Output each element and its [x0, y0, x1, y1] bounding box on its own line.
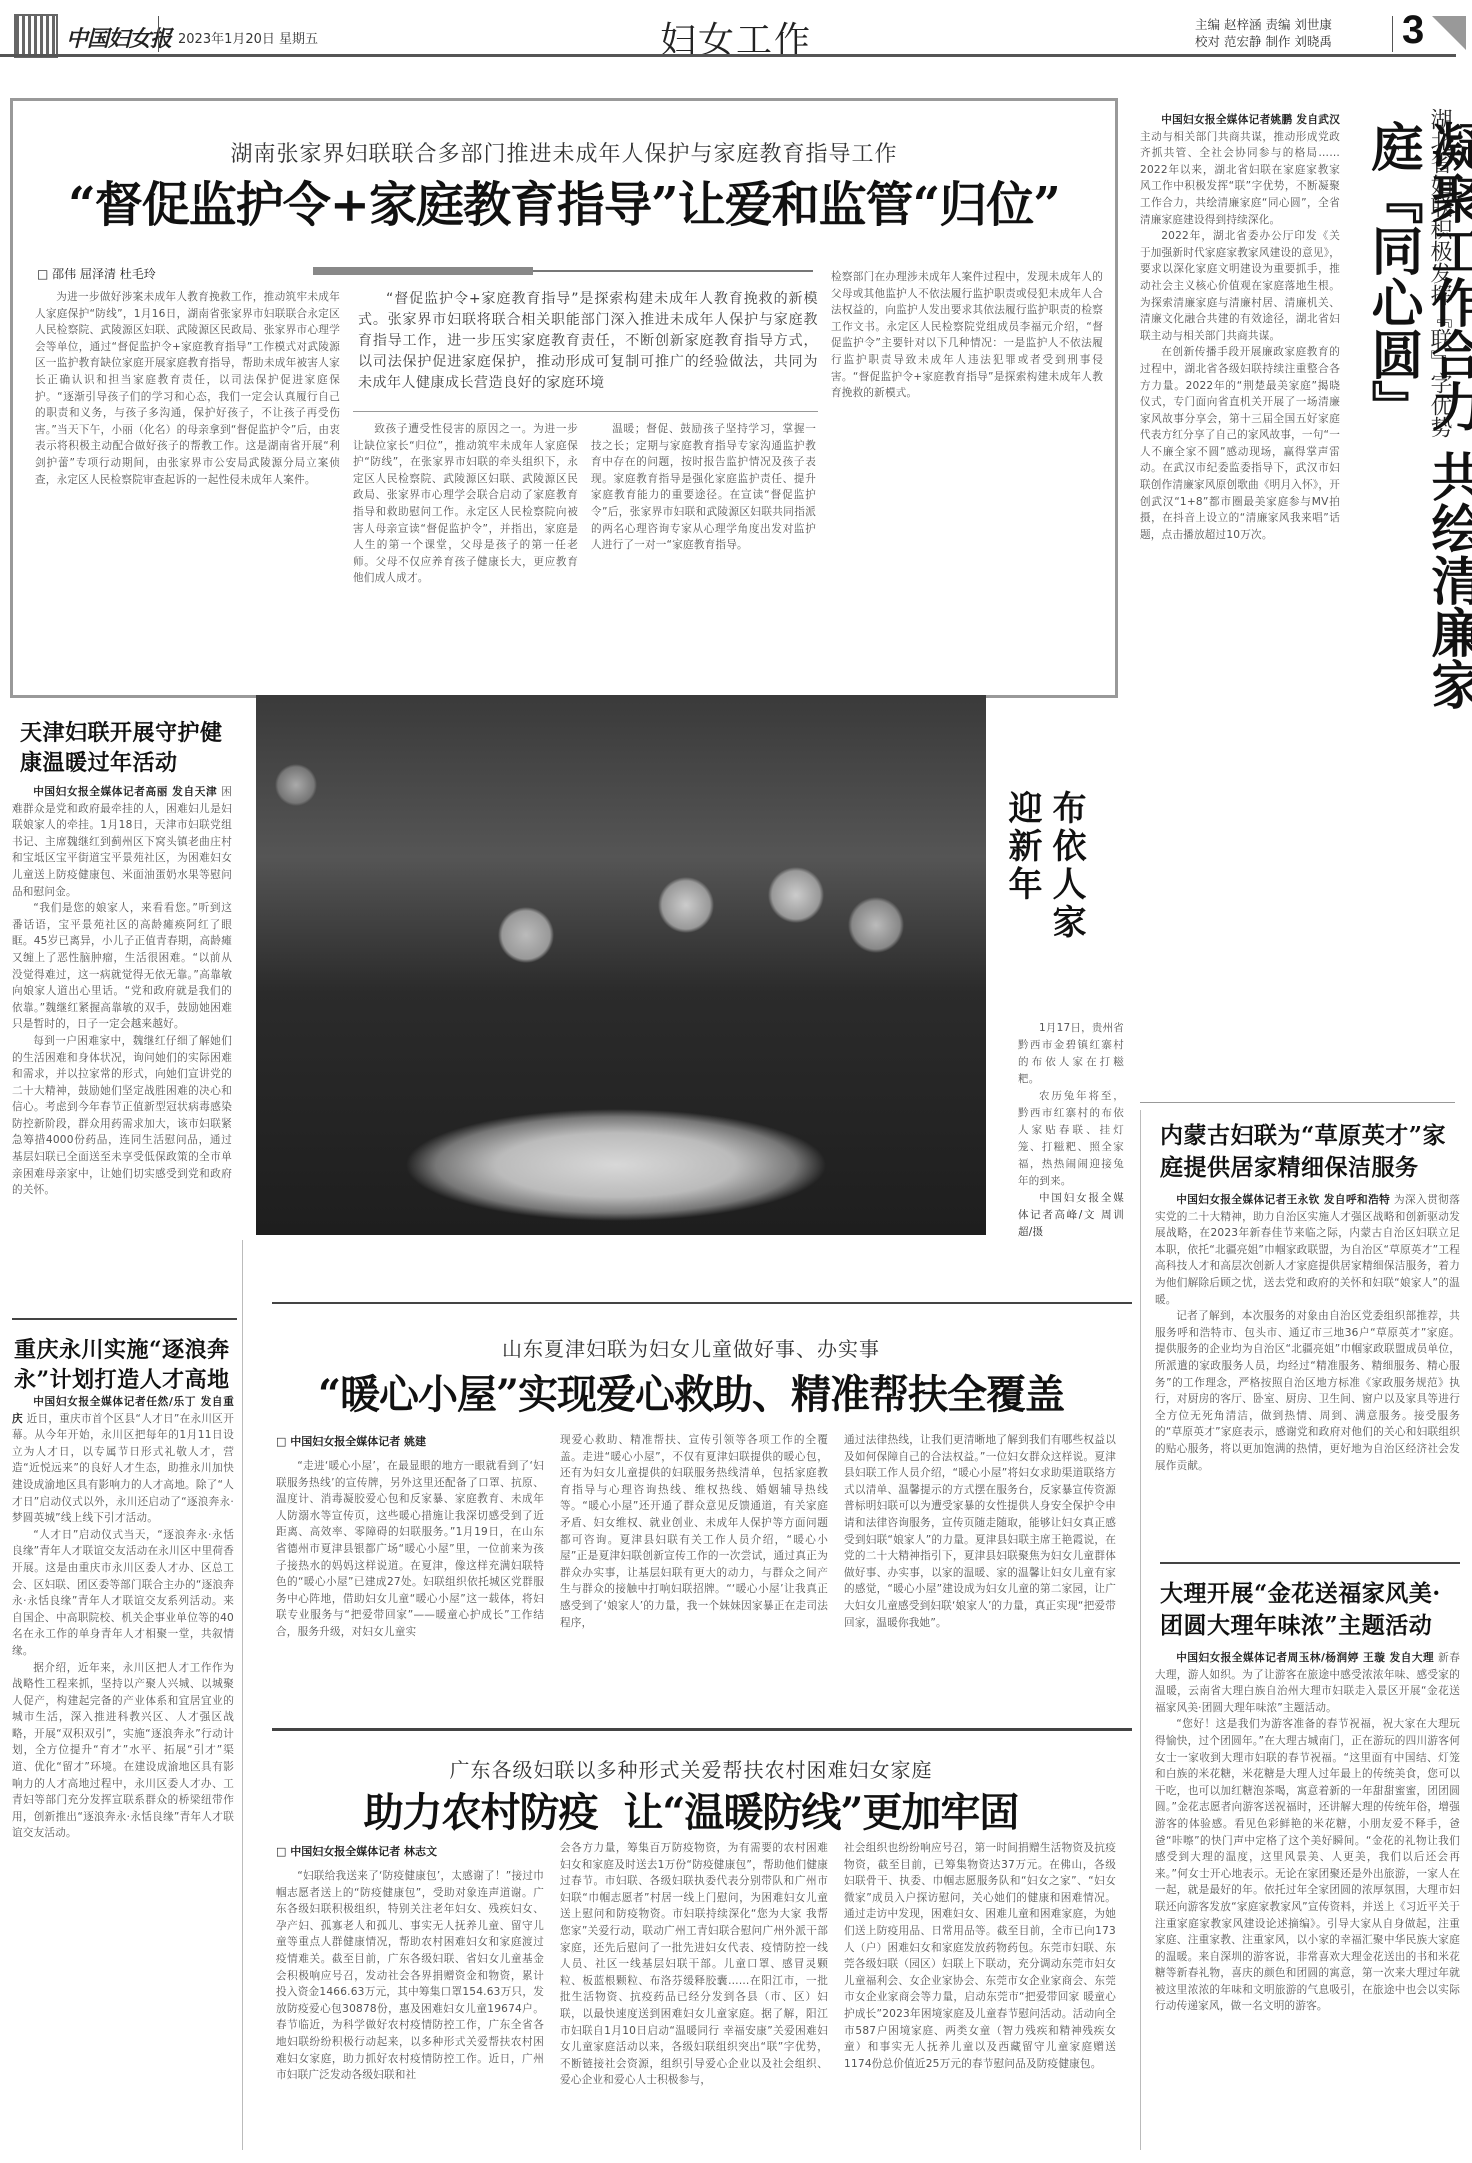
shandong-column-3: 通过法律热线，让我们更清晰地了解到我们有哪些权益以及如何保障自己的合法权益。”一… — [844, 1432, 1116, 1698]
masthead-rule — [0, 54, 1456, 57]
divider — [272, 1302, 1132, 1304]
shandong-kicker: 山东夏津妇联为妇女儿童做好事、办实事 — [256, 1333, 1126, 1362]
decorative-bar — [313, 267, 533, 275]
news-photo-buyi-family — [256, 695, 986, 1235]
divider — [272, 1728, 1132, 1731]
column-rule — [242, 1240, 243, 2150]
hubei-headline: 凝聚工作合力 共绘清廉家庭『同心圆』 — [1362, 120, 1472, 760]
corner-triangle-icon — [1432, 16, 1466, 50]
lead-headline: “督促监护令+家庭教育指导”让爱和监管“归位” — [13, 173, 1115, 237]
lead-column-2: 致孩子遭受性侵害的原因之一。为进一步让缺位家长“归位”，推动筑牢未成年人家庭保护… — [353, 421, 578, 691]
guangdong-headline: 助力农村防疫 让“温暖防线”更加牢固 — [256, 1786, 1126, 1840]
column-rule — [1140, 1110, 1141, 2150]
lead-kicker: 湖南张家界妇联联合多部门推进未成年人保护与家庭教育指导工作 — [13, 137, 1115, 168]
staff-line: 主编 赵梓涵 责编 刘世康 — [1195, 16, 1332, 33]
chongqing-headline: 重庆永川实施“逐浪奔永”计划打造人才高地 — [14, 1335, 234, 1395]
staff-line: 校对 范宏静 制作 刘晓禹 — [1195, 33, 1332, 50]
chongqing-article-body: 中国妇女报全媒体记者任然/乐丁 发自重庆 近日，重庆市首个区县“人才日”在永川区… — [12, 1394, 234, 2154]
guangdong-column-3: 社会组织也纷纷响应号召，第一时间捐赠生活物资及抗疫物资，截至目前，已筹集物资达3… — [844, 1840, 1116, 2158]
divider — [1160, 1562, 1460, 1564]
lead-article: 湖南张家界妇联联合多部门推进未成年人保护与家庭教育指导工作 “督促监护令+家庭教… — [10, 98, 1118, 698]
lead-summary: “督促监护令+家庭教育指导”是探索构建未成年人教育挽救的新模式。张家界市妇联将联… — [358, 289, 818, 394]
qr-code-icon — [14, 14, 58, 58]
guangdong-byline: □ 中国妇女报全媒体记者 林志文 — [276, 1843, 437, 1859]
tianjin-headline: 天津妇联开展守护健康温暖过年活动 — [20, 718, 230, 778]
tianjin-article-body: 中国妇女报全媒体记者高丽 发自天津 困难群众是党和政府最牵挂的人，困难妇儿是妇联… — [12, 784, 232, 1264]
photo-title: 布依人家 迎新年 — [1000, 790, 1088, 1010]
shandong-headline: “暖心小屋”实现爱心救助、精准帮扶全覆盖 — [256, 1368, 1126, 1422]
dali-article-body: 中国妇女报全媒体记者周玉林/杨润婷 王璇 发自大理 新春大理，游人如织。为了让游… — [1155, 1650, 1460, 2155]
lead-byline: □ 邵伟 屈泽清 杜毛玲 — [37, 265, 156, 282]
masthead: 中国妇女报 2023年1月20日 星期五 妇女工作 主编 赵梓涵 责编 刘世康 … — [0, 0, 1472, 60]
divider — [12, 1318, 237, 1320]
lead-column-3: 温暖；督促、鼓励孩子坚持学习，掌握一技之长；定期与家庭教育指导专家沟通监护教育中… — [591, 421, 816, 691]
lead-column-4: 检察部门在办理涉未成年人案件过程中，发现未成年人的父母或其他监护人不依法履行监护… — [831, 269, 1103, 689]
guangdong-kicker: 广东各级妇联以多种形式关爱帮扶农村困难妇女家庭 — [256, 1754, 1126, 1783]
guangdong-column-2: 会各方力量，筹集百万防疫物资，为有需要的农村困难妇女和家庭及时送去1万份“防疫健… — [560, 1840, 828, 2158]
decorative-rule — [353, 411, 818, 412]
newspaper-logo: 中国妇女报 — [66, 22, 171, 53]
guangdong-column-1: “妇联给我送来了‘防疫健康包’，太感谢了！”接过巾帼志愿者送上的“防疫健康包”，… — [276, 1868, 544, 2158]
shandong-byline: □ 中国妇女报全媒体记者 姚建 — [276, 1433, 426, 1449]
shandong-column-2: 现爱心救助、精准帮扶、宣传引领等各项工作的全覆盖。走进“暖心小屋”，不仅有夏津妇… — [560, 1432, 828, 1698]
dali-headline: 大理开展“金花送福家风美·团圆大理年味浓”主题活动 — [1160, 1578, 1460, 1642]
hubei-article-body: 中国妇女报全媒体记者姚鹏 发自武汉 主动与相关部门共商共谋，推动形成党政齐抓共管… — [1140, 112, 1340, 1102]
neimenggu-headline: 内蒙古妇联为“草原英才”家庭提供居家精细保洁服务 — [1160, 1120, 1460, 1184]
neimenggu-article-body: 中国妇女报全媒体记者王永钦 发自呼和浩特 为深入贯彻落实党的二十大精神，助力自治… — [1155, 1192, 1460, 1542]
editorial-staff: 主编 赵梓涵 责编 刘世康 校对 范宏静 制作 刘晓禹 — [1195, 16, 1332, 50]
page-number: 3 — [1402, 8, 1424, 53]
decorative-rule — [533, 270, 813, 272]
issue-date: 2023年1月20日 星期五 — [178, 28, 318, 47]
shandong-column-1: “走进‘暖心小屋’，在最显眼的地方一眼就看到了‘妇联服务热线’的宣传牌，另外这里… — [276, 1458, 544, 1698]
lead-column-1: 为进一步做好涉案未成年人教育挽救工作，推动筑牢未成年人家庭保护“防线”，1月16… — [35, 289, 340, 689]
divider — [1140, 1102, 1455, 1103]
divider — [158, 16, 159, 52]
divider — [1392, 16, 1393, 52]
photo-caption: 1月17日，贵州省黔西市金碧镇红寨村的布依人家在打糍粑。 农历兔年将至，黔西市红… — [1018, 1020, 1124, 1241]
